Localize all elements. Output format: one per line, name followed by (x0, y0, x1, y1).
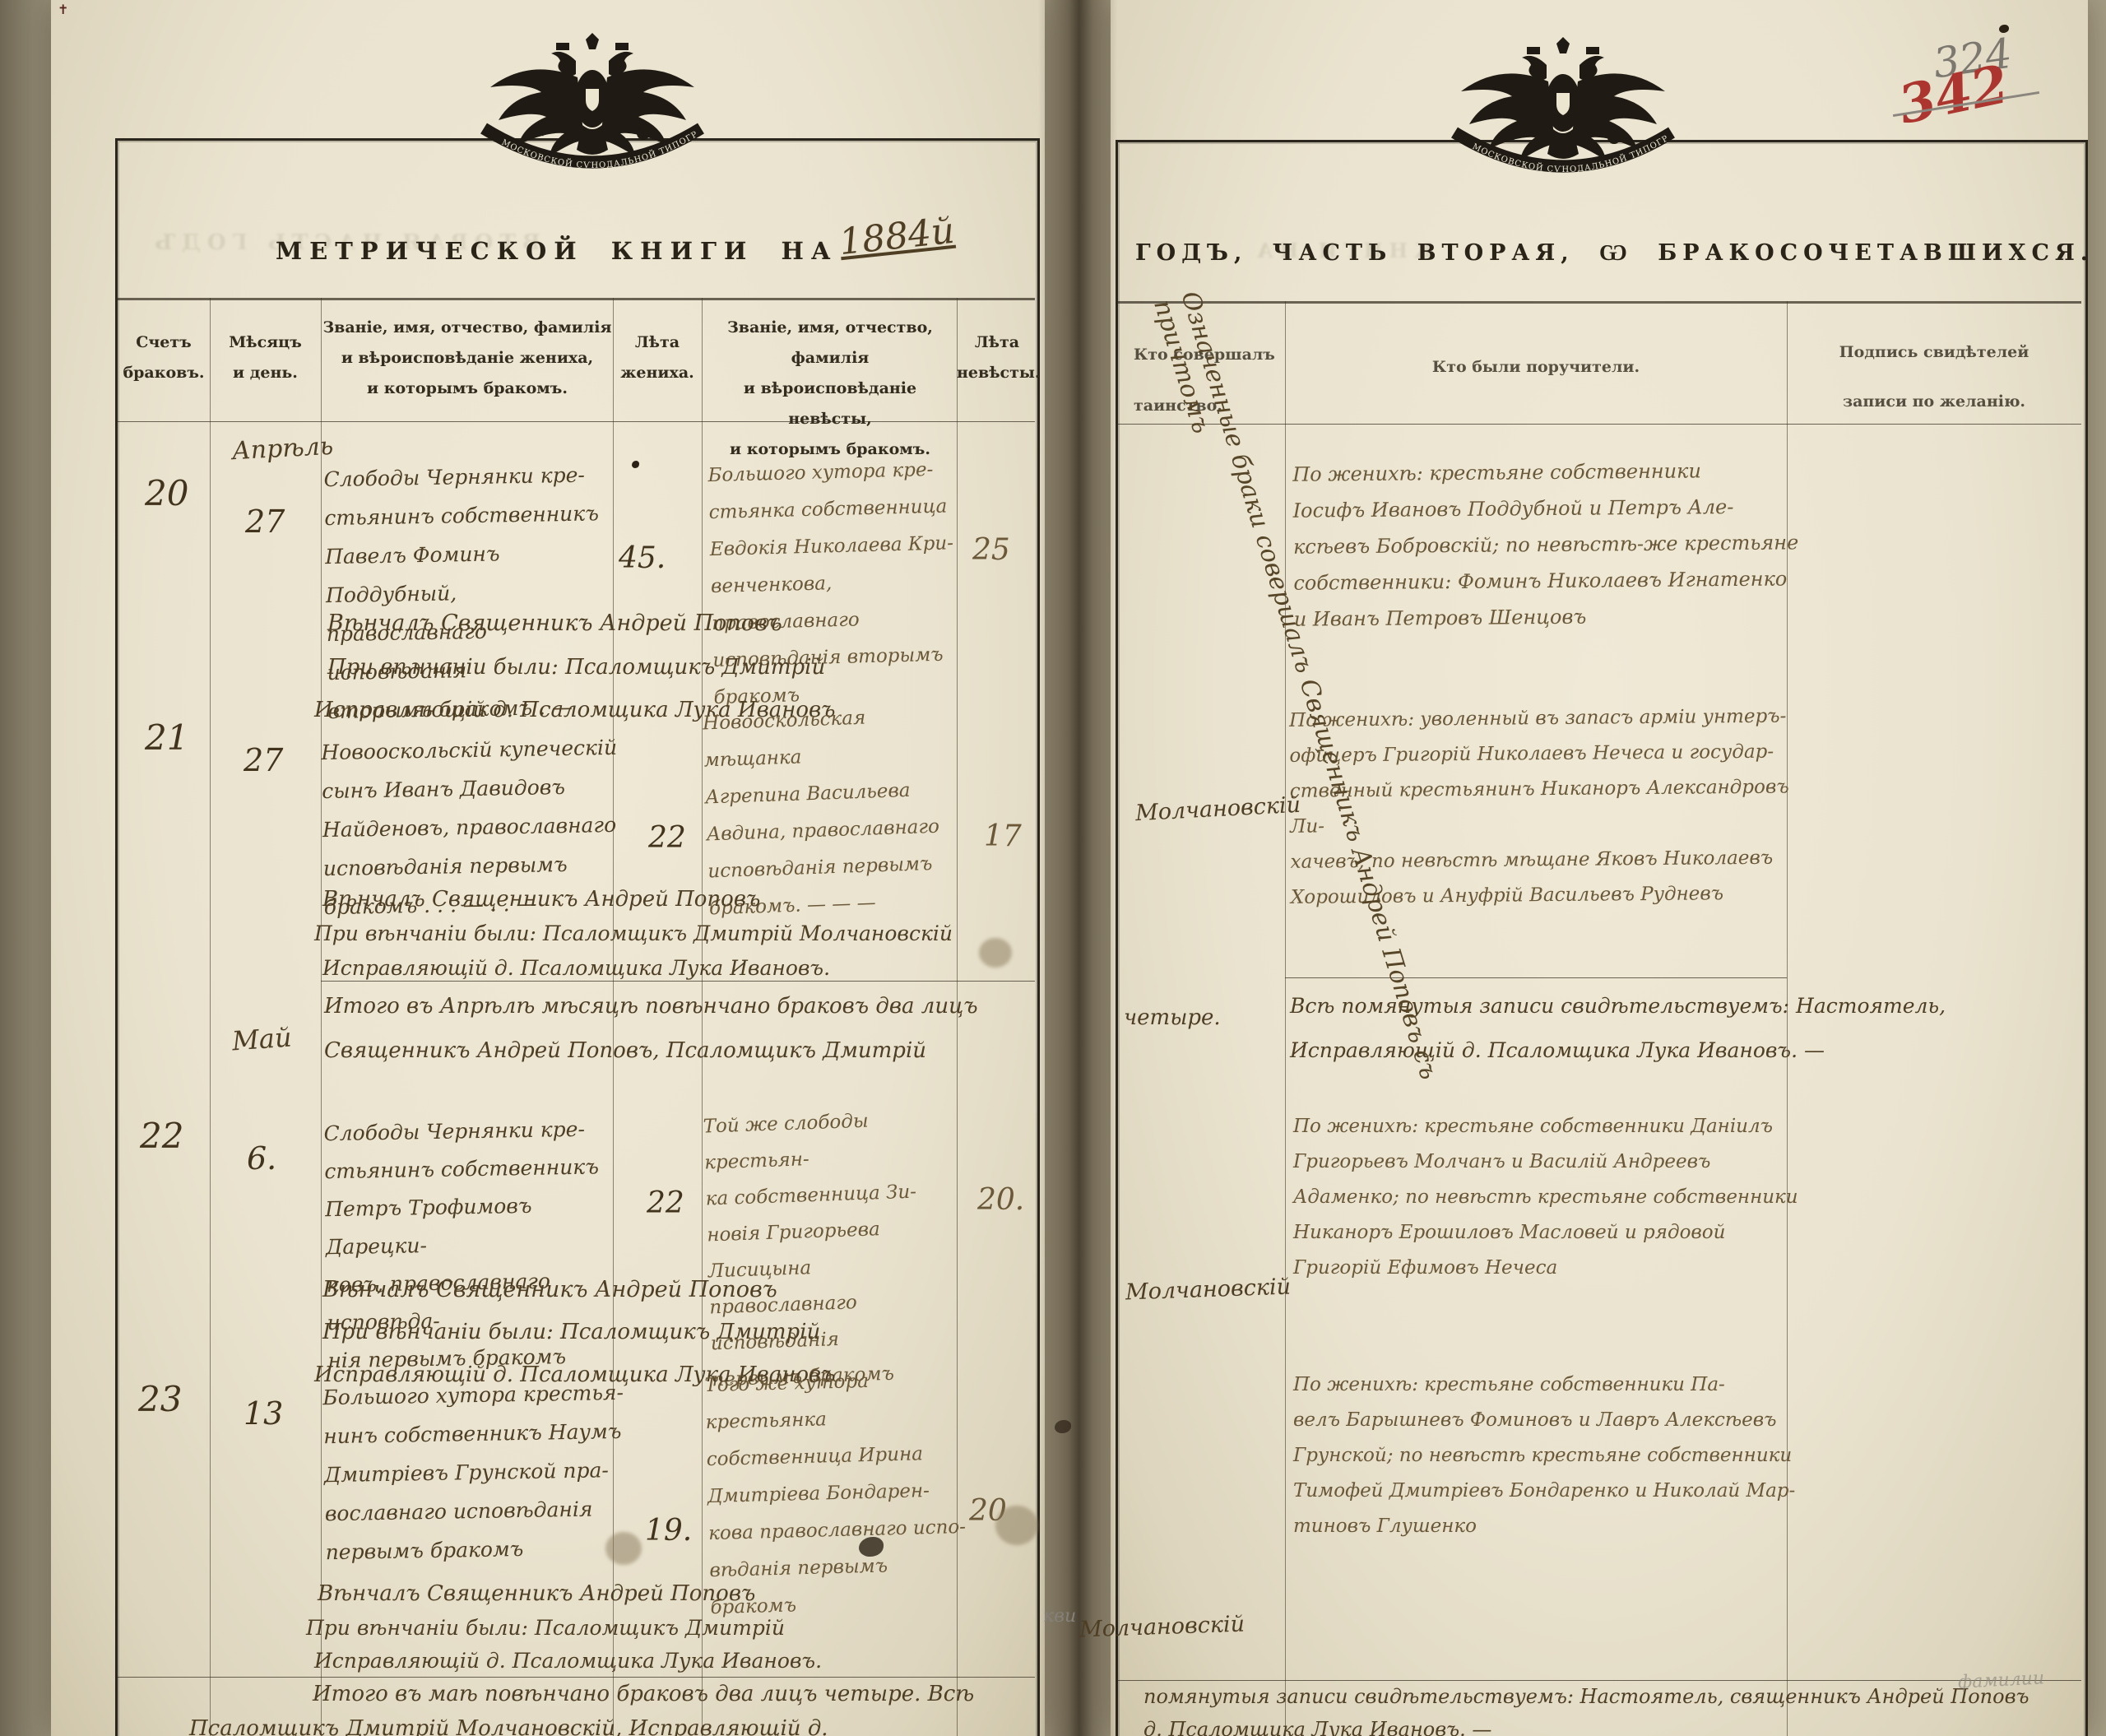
imperial-eagle-emblem-right: МОСКОВСКОЙ СѴНОДАЛЬНОЙ ТИПОГРАФІИ (1431, 37, 1695, 193)
april-summary-line2: Священникъ Андрей Поповъ, Псаломщикъ Дми… (324, 1038, 1040, 1063)
clergy-line: При вѣнчаніи были: Псаломщикъ Дмитрій Мо… (314, 921, 1055, 945)
april-summary-count-word: четыре. (1124, 1005, 1221, 1030)
registration-cross-mark: ✝ (58, 2, 68, 17)
header-groom-age: Лѣта жениха. (613, 327, 702, 388)
entry-day: 27 (245, 504, 285, 540)
may-summary-right-line2: д. Псаломщика Лука Ивановъ. — (1143, 1718, 1719, 1736)
header-bride: Званіе, имя, отчество, фамилія и вѣроисп… (703, 313, 957, 465)
bride-description: Той же слободы крестьян- ка собственница… (703, 1100, 972, 1399)
table-top-rule (117, 298, 1035, 300)
groom-age: 19. (645, 1514, 692, 1548)
groom-age: 22 (647, 1186, 684, 1220)
paper-smudge (605, 1532, 642, 1565)
column-divider (321, 298, 322, 1736)
clergy-line: Исправляющій д. Псаломщика Лука Ивановъ. (314, 1649, 907, 1673)
imperial-eagle-emblem-left: МОСКОВСКОЙ СѴНОДАЛЬНОЙ ТИПОГРАФІИ (461, 33, 724, 189)
header-date: Мѣсяцъ и день. (210, 327, 321, 388)
clergy-line: Вѣнчалъ Священникъ Андрей Поповъ (322, 1277, 882, 1302)
month-label-may: Май (231, 1022, 293, 1057)
month-label-april: Апрѣль (231, 432, 334, 466)
entry-day: 27 (244, 742, 283, 778)
book-gutter-shadow (1038, 0, 1117, 1736)
april-summary-rule (321, 981, 1035, 982)
clergy-line: При вѣнчаніи были: Псаломщикъ Дмитрій (306, 1616, 931, 1640)
paper-smudge (979, 938, 1012, 968)
pencil-note-mid: кви (1043, 1606, 1076, 1627)
clergy-line: Вѣнчалъ Священникъ Андрей Поповъ (327, 610, 854, 636)
clergy-line: Вѣнчалъ Священникъ Андрей Поповъ (322, 887, 882, 912)
bride-age: 17 (984, 819, 1022, 853)
groom-age: 45. (619, 541, 666, 575)
entry-day: 6. (247, 1140, 276, 1177)
entry-number: 23 (138, 1379, 182, 1419)
may-summary-rule-right (1117, 1680, 2081, 1681)
may-summary-line2: Псаломщикъ Дмитрій Молчановскій, Исправл… (189, 1716, 930, 1736)
clergy-line: При вѣнчаніи были: Псаломщикъ Дмитрій (327, 655, 920, 680)
april-summary-line1: Итого въ Апрѣлѣ мѣсяцѣ повѣнчано браковъ… (324, 994, 1040, 1019)
groom-age: 22 (648, 821, 686, 855)
scanned-book-spread: МОСКОВСКОЙ СѴНОДАЛЬНОЙ ТИПОГРАФІИ МОСКОВ… (0, 0, 2106, 1736)
paper-smudge (995, 1506, 1038, 1545)
groom-description: Слободы Чернянки кре- стьянинъ собственн… (323, 455, 624, 731)
header-guarantors: Кто были поручители. (1285, 352, 1787, 383)
bride-age: 20. (977, 1183, 1024, 1217)
book-title-left: МЕТРИЧЕСКОЙ КНИГИ НА (276, 237, 838, 265)
groom-description: Большого хутора крестья- нинъ собственни… (322, 1373, 630, 1571)
clergy-line: Исправляющій д. Псаломщика Лука Ивановъ. (322, 956, 915, 980)
guarantors-text: По женихѣ: крестьяне собственники Іосифъ… (1292, 452, 1804, 637)
guarantors-text: По женихѣ: крестьяне собственники Даніил… (1293, 1109, 1820, 1286)
header-groom: Званіе, имя, отчество, фамилія и вѣроисп… (322, 313, 612, 404)
guarantors-text: По женихѣ: крестьяне собственники Па- ве… (1293, 1367, 1820, 1544)
header-bride-age: Лѣта невѣсты. (957, 327, 1037, 388)
table-top-rule (1117, 301, 2081, 304)
entry-number: 21 (145, 717, 188, 758)
header-count: Счетъ браковъ. (118, 327, 210, 388)
may-summary-rule (117, 1677, 1035, 1678)
column-divider (210, 298, 211, 1736)
entry-day: 13 (244, 1395, 283, 1432)
book-title-right: ГОДЪ, ЧАСТЬ ВТОРАЯ, Ѡ БРАКОСОЧЕТАВШИХСЯ. (1135, 240, 2094, 266)
bride-age: 25 (972, 533, 1010, 567)
may-summary-line1: Итого въ маѣ повѣнчано браковъ два лицъ … (313, 1682, 1053, 1706)
clergy-line: При вѣнчаніи были: Псаломщикъ Дмитрій (322, 1320, 948, 1344)
clergy-line: Вѣнчалъ Священникъ Андрей Поповъ (318, 1581, 877, 1606)
entry-number: 20 (145, 473, 188, 513)
column-divider (1285, 301, 1286, 1736)
header-signatures: Подпись свидѣтелей записи по желанію. (1787, 327, 2081, 426)
may-summary-right-line1: помянутыя записи свидѣтельствуемъ: Насто… (1143, 1685, 2081, 1708)
entry-number: 22 (140, 1116, 183, 1156)
